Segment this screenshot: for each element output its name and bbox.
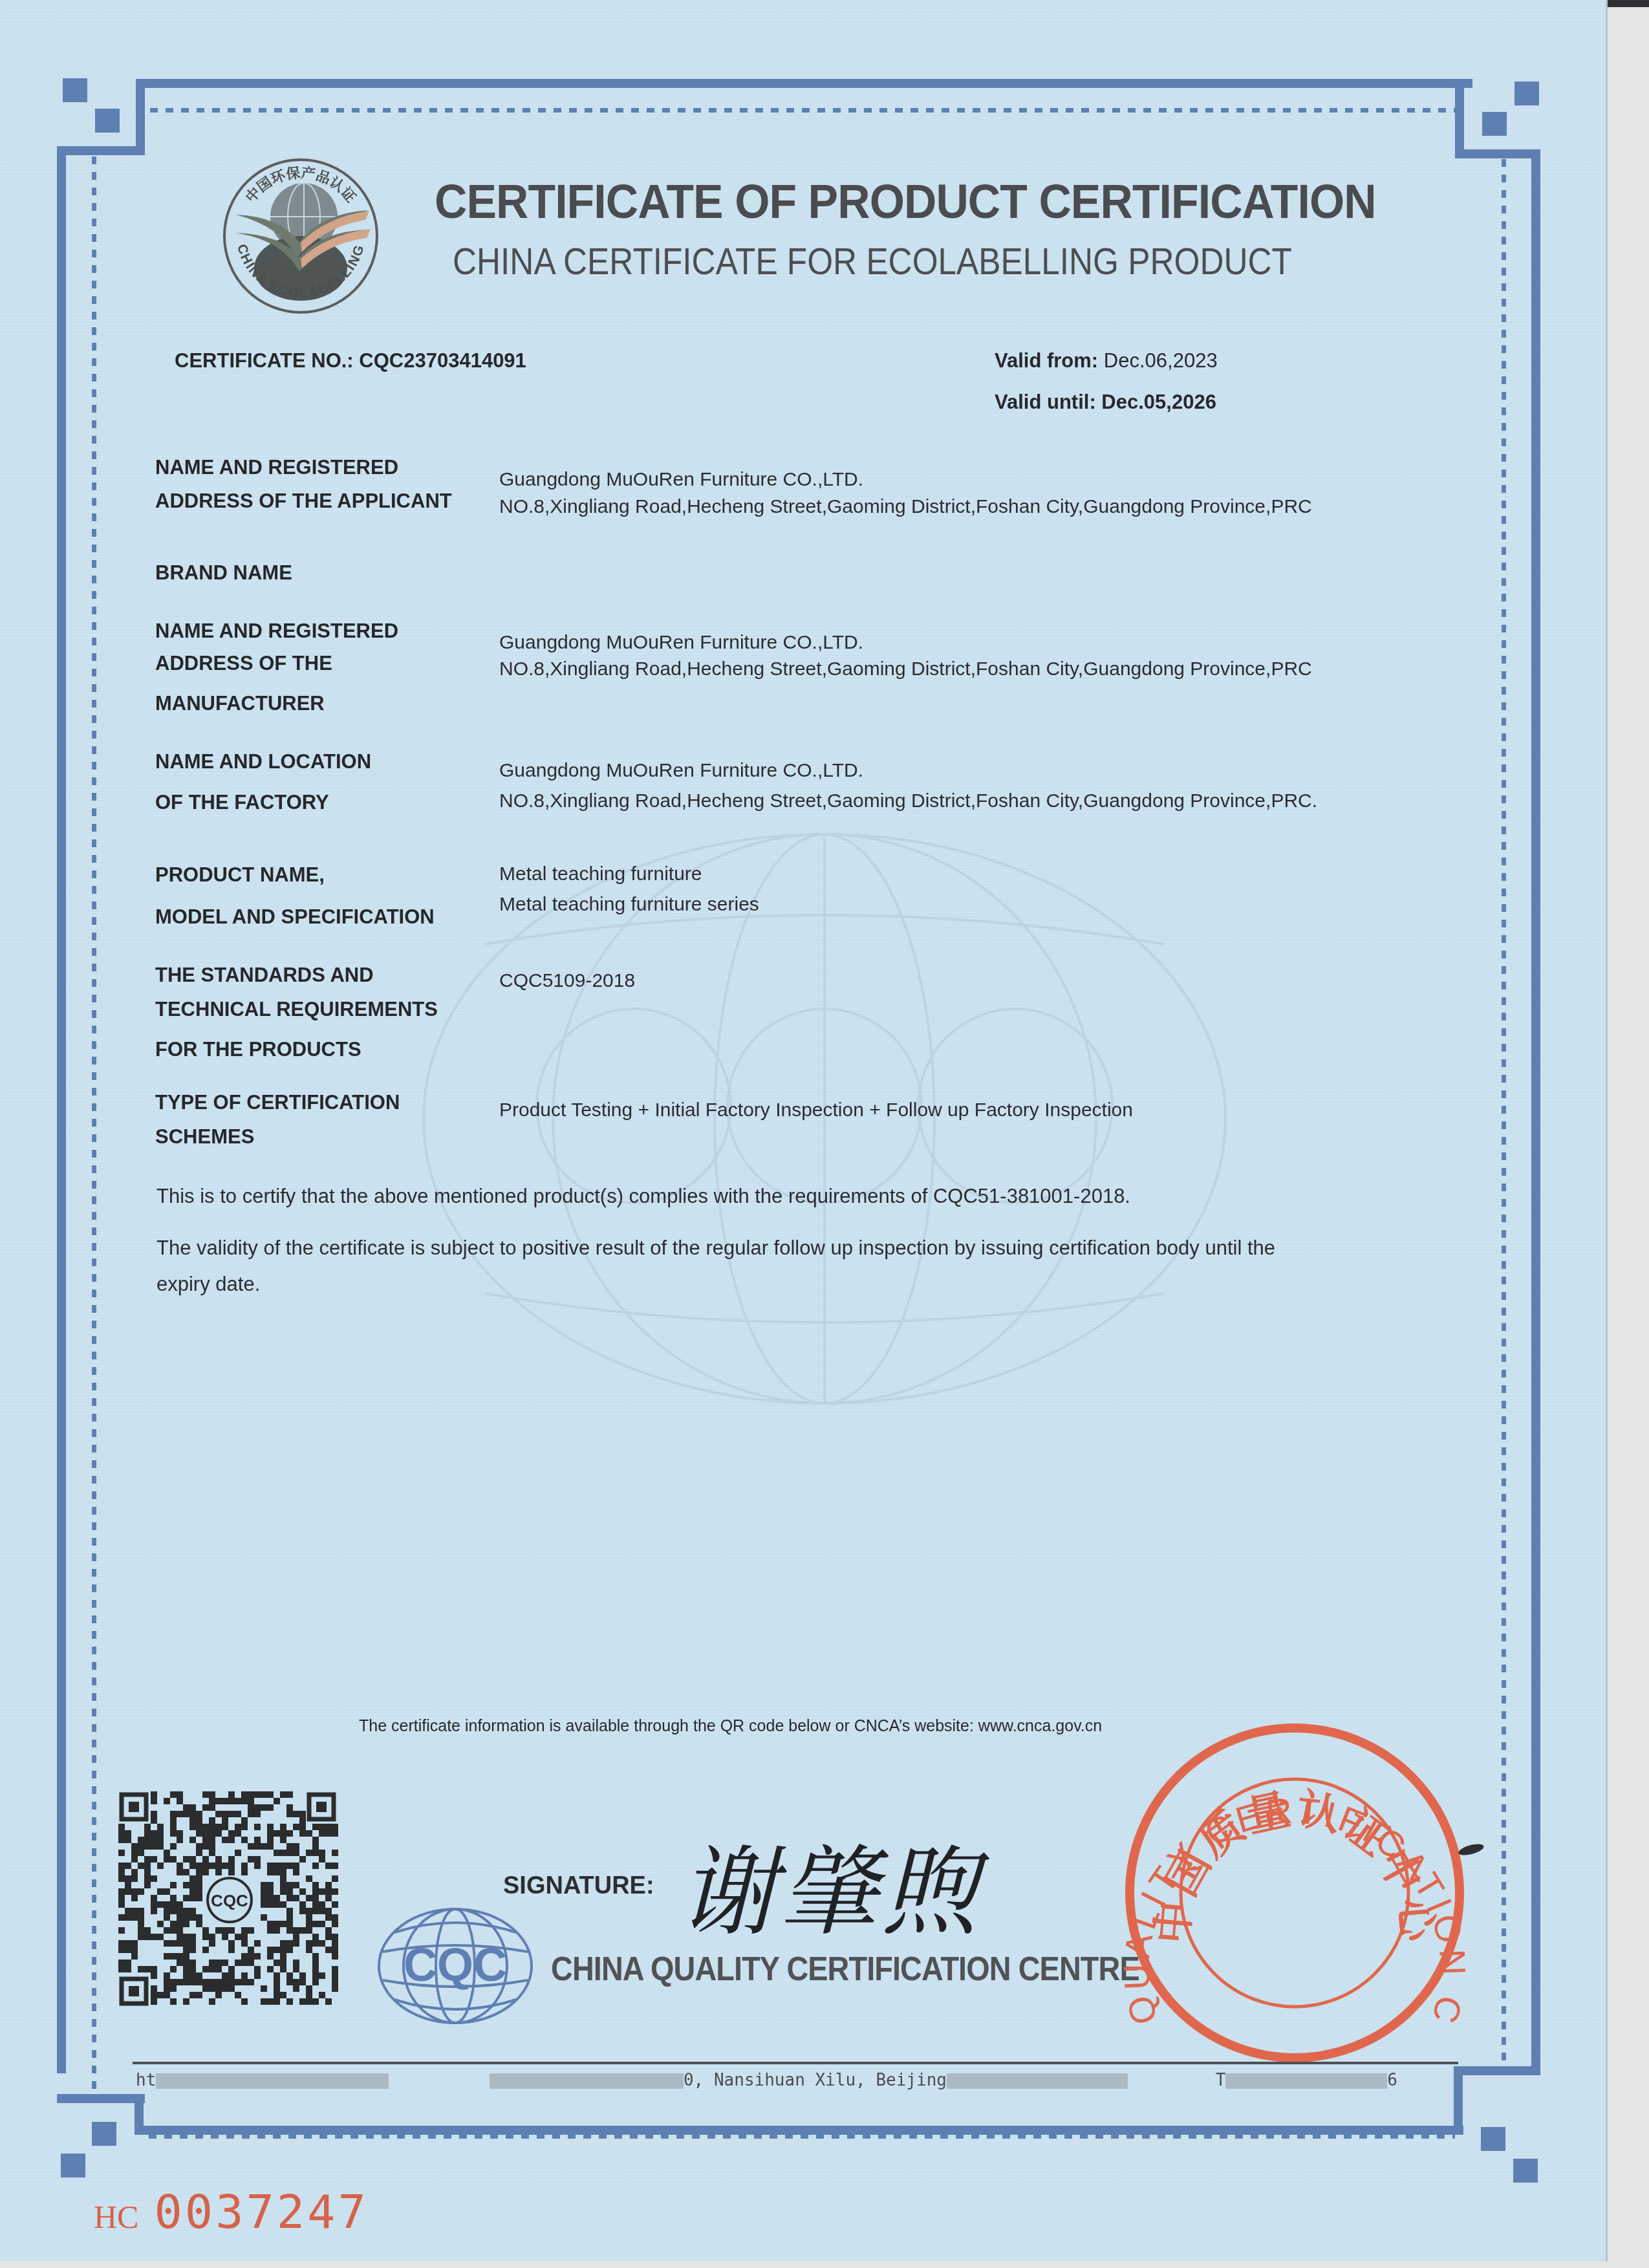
redacted-block bbox=[947, 2073, 1128, 2089]
corner-square bbox=[61, 2154, 85, 2177]
manufacturer-label-line: ADDRESS OF THE bbox=[155, 652, 332, 675]
frame-notch bbox=[1455, 79, 1464, 158]
redacted-block bbox=[1225, 2073, 1387, 2089]
scheme-label-line: TYPE OF CERTIFICATION bbox=[155, 1091, 400, 1114]
china-ecolabelling-logo-icon: 中国环保产品认证 CHINA ECOLABELLING bbox=[217, 155, 385, 317]
factory-name: Guangdong MuOuRen Furniture CO.,LTD. bbox=[499, 760, 863, 782]
frame-notch bbox=[57, 2094, 145, 2103]
scheme-label-line: SCHEMES bbox=[155, 1125, 254, 1149]
brand-label: BRAND NAME bbox=[155, 561, 292, 585]
applicant-address: NO.8,Xingliang Road,Hecheng Street,Gaomi… bbox=[499, 496, 1312, 518]
qr-code-icon[interactable]: CQC bbox=[118, 1791, 338, 2008]
serial-value: 0037247 bbox=[154, 2185, 368, 2239]
footer-fragment: ht bbox=[136, 2071, 156, 2090]
redacted-block bbox=[156, 2073, 389, 2089]
product-name: Metal teaching furniture bbox=[499, 863, 702, 885]
corner-square bbox=[1514, 81, 1539, 105]
statement-validity: The validity of the certificate is subje… bbox=[156, 1237, 1275, 1260]
corner-square bbox=[1482, 112, 1507, 136]
footer-contact: ht 0, Nansihuan Xilu, Beijing T6 bbox=[136, 2071, 1397, 2090]
corner-square bbox=[95, 109, 120, 133]
footer-fragment: 6 bbox=[1387, 2071, 1397, 2090]
product-label-line: PRODUCT NAME, bbox=[155, 863, 325, 887]
corner-square bbox=[63, 78, 87, 102]
certificate-number-label: CERTIFICATE NO.: bbox=[175, 349, 354, 372]
standards-label-line: FOR THE PRODUCTS bbox=[155, 1038, 361, 1061]
statement-compliance: This is to certify that the above mentio… bbox=[156, 1185, 1130, 1208]
certificate-number-value: CQC23703414091 bbox=[359, 349, 526, 372]
manufacturer-address: NO.8,Xingliang Road,Hecheng Street,Gaomi… bbox=[499, 658, 1312, 680]
frame-notch bbox=[1454, 2066, 1463, 2135]
corner-square bbox=[92, 2122, 116, 2146]
certificate-number: CERTIFICATE NO.: CQC23703414091 bbox=[175, 349, 526, 373]
factory-address: NO.8,Xingliang Road,Hecheng Street,Gaomi… bbox=[499, 790, 1317, 812]
scheme-value: Product Testing + Initial Factory Inspec… bbox=[499, 1099, 1133, 1121]
applicant-label-line: ADDRESS OF THE APPLICANT bbox=[155, 490, 452, 513]
certificate-page: 中国环保产品认证 CHINA ECOLABELLING CERTIFICATE … bbox=[0, 0, 1608, 2262]
valid-until-value: Dec.05,2026 bbox=[1101, 391, 1216, 413]
product-model: Metal teaching furniture series bbox=[499, 894, 759, 916]
dotted-border-bottom bbox=[149, 2134, 1455, 2139]
frame-notch bbox=[57, 146, 145, 155]
valid-until-label: Valid until: bbox=[995, 391, 1096, 413]
dotted-border-top bbox=[150, 108, 1456, 113]
frame-top bbox=[136, 79, 1472, 88]
svg-text:CQC: CQC bbox=[211, 1891, 248, 1910]
corner-square bbox=[1481, 2127, 1505, 2151]
document-subtitle: CHINA CERTIFICATE FOR ECOLABELLING PRODU… bbox=[453, 241, 1292, 283]
official-seal-icon: CHINA QUALITY CERTIFICATION CENTRE 中国质量认… bbox=[1119, 1717, 1471, 2069]
issuer-name: CHINA QUALITY CERTIFICATION CENTRE bbox=[551, 1950, 1139, 1989]
document-title: CERTIFICATE OF PRODUCT CERTIFICATION bbox=[435, 173, 1376, 229]
frame-bottom bbox=[135, 2126, 1463, 2135]
frame-notch bbox=[135, 2094, 144, 2135]
signature-label: SIGNATURE: bbox=[503, 1872, 654, 1900]
dotted-border-left bbox=[92, 157, 96, 2093]
verification-note: The certificate information is available… bbox=[359, 1717, 1102, 1736]
valid-from: Valid from: Dec.06,2023 bbox=[995, 349, 1218, 373]
valid-until: Valid until: Dec.05,2026 bbox=[995, 391, 1216, 414]
scan-edge bbox=[1607, 0, 1649, 7]
factory-label-line: OF THE FACTORY bbox=[155, 791, 329, 814]
frame-notch bbox=[136, 79, 145, 155]
product-label-line: MODEL AND SPECIFICATION bbox=[155, 905, 435, 929]
applicant-label-line: NAME AND REGISTERED bbox=[155, 456, 398, 479]
redacted-block bbox=[490, 2073, 684, 2089]
frame-right bbox=[1531, 149, 1540, 2070]
applicant-name: Guangdong MuOuRen Furniture CO.,LTD. bbox=[499, 469, 863, 491]
footer-fragment: 0, Nansihuan Xilu, Beijing bbox=[684, 2071, 947, 2090]
serial-number: HC0037247 bbox=[94, 2185, 369, 2239]
manufacturer-name: Guangdong MuOuRen Furniture CO.,LTD. bbox=[499, 632, 863, 654]
standards-label-line: TECHNICAL REQUIREMENTS bbox=[155, 998, 438, 1021]
valid-from-label: Valid from: bbox=[995, 349, 1098, 372]
svg-text:CQC: CQC bbox=[404, 1939, 507, 1991]
footer-fragment: T bbox=[1216, 2071, 1226, 2090]
signature: 谢肇煦 bbox=[679, 1814, 982, 1954]
dotted-border-right bbox=[1502, 159, 1506, 2064]
cqc-logo-icon: CQC bbox=[376, 1906, 535, 2026]
standard-code: CQC5109-2018 bbox=[499, 970, 635, 992]
frame-notch bbox=[1455, 149, 1540, 158]
valid-from-value: Dec.06,2023 bbox=[1104, 349, 1218, 372]
footer-rule bbox=[133, 2062, 1458, 2064]
corner-square bbox=[1513, 2159, 1538, 2183]
factory-label-line: NAME AND LOCATION bbox=[155, 750, 371, 773]
serial-prefix: HC bbox=[94, 2199, 138, 2235]
manufacturer-label-line: NAME AND REGISTERED bbox=[155, 620, 398, 643]
frame-left bbox=[57, 146, 66, 2073]
statement-validity-cont: expiry date. bbox=[156, 1273, 260, 1296]
standards-label-line: THE STANDARDS AND bbox=[155, 964, 374, 987]
manufacturer-label-line: MANUFACTURER bbox=[155, 692, 325, 715]
